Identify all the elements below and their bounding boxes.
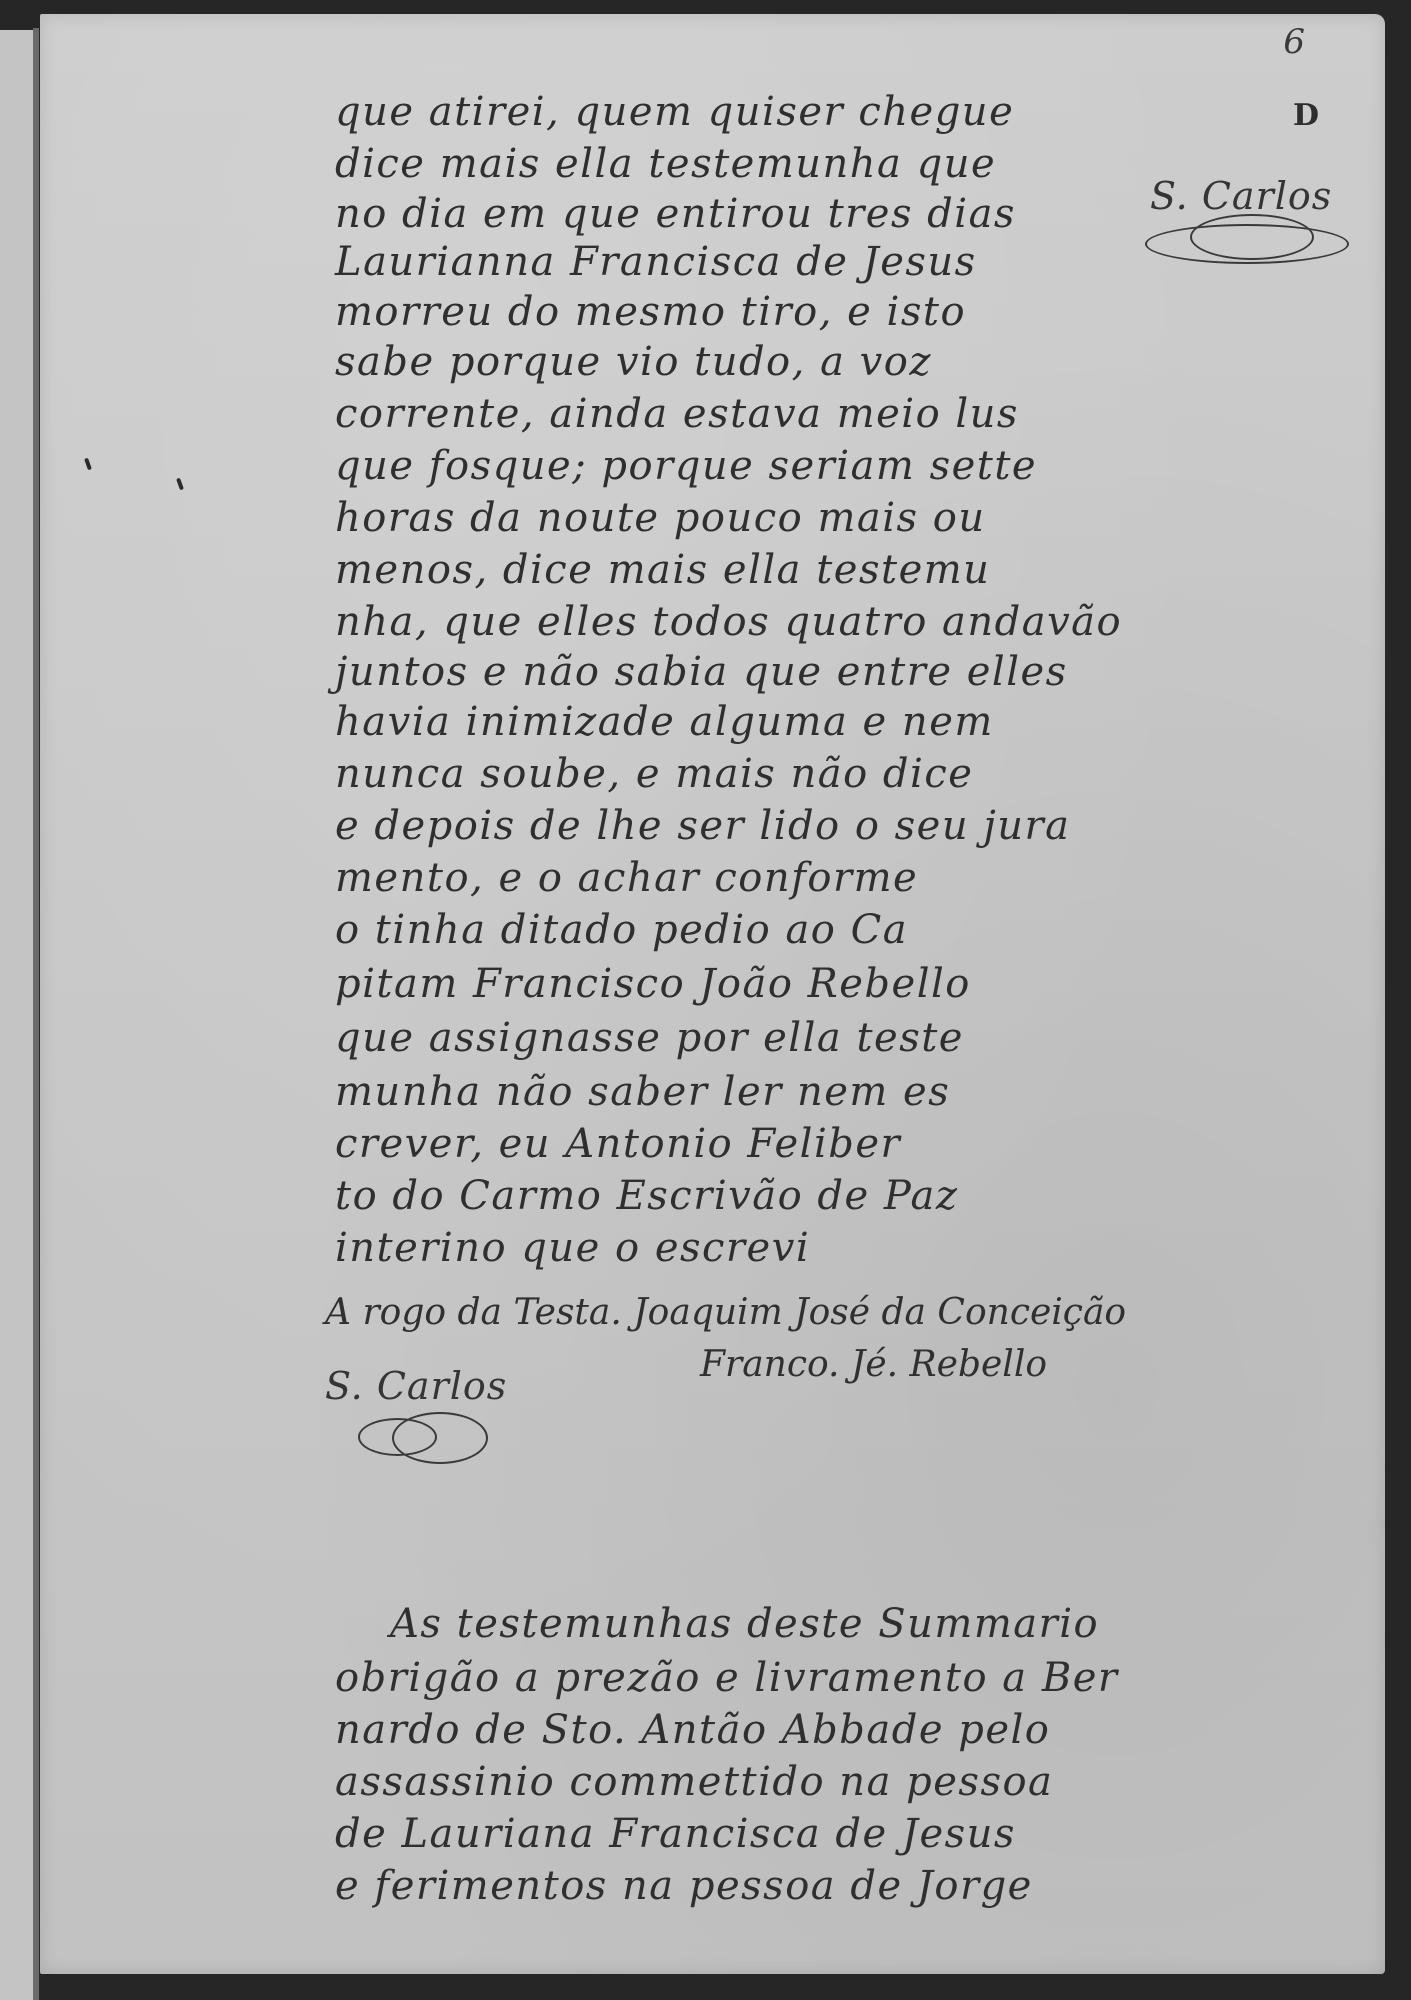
binding-gutter <box>33 28 39 2000</box>
closing-line: obrigão a prezão e livramento a Ber <box>335 1650 1205 1706</box>
body-line: horas da noute pouco mais ou <box>335 490 1205 546</box>
body-line: o tinha ditado pedio ao Ca <box>335 902 1205 958</box>
ink-speck <box>84 458 92 471</box>
body-line: interino que o escrevi <box>335 1220 1205 1276</box>
body-line: e depois de lhe ser lido o seu jura <box>335 798 1205 854</box>
closing-line: de Lauriana Francisca de Jesus <box>335 1806 1205 1862</box>
manuscript-page: 6 D S. Carlos que atirei, quem quiser ch… <box>40 14 1385 1974</box>
body-line: juntos e não sabia que entre elles <box>335 644 1205 700</box>
body-line: dice mais ella testemunha que <box>335 136 1205 192</box>
body-line: nunca soube, e mais não dice <box>335 746 1205 802</box>
body-line: nha, que elles todos quatro andavão <box>335 594 1205 650</box>
signature-flourish-icon <box>1190 214 1314 260</box>
folio-mark: D <box>1293 98 1319 133</box>
body-line: Laurianna Francisca de Jesus <box>335 234 1205 290</box>
body-line: to do Carmo Escrivão de Paz <box>335 1168 1205 1224</box>
closing-line: assassinio commettido na pessoa <box>335 1754 1205 1810</box>
body-line: mento, e o achar conforme <box>335 850 1205 906</box>
body-line: havia inimizade alguma e nem <box>335 694 1205 750</box>
ink-speck <box>176 478 184 491</box>
body-line: morreu do mesmo tiro, e isto <box>335 284 1205 340</box>
body-line: crever, eu Antonio Feliber <box>335 1116 1205 1172</box>
closing-line: e ferimentos na pessoa de Jorge <box>335 1858 1205 1914</box>
closing-line: As testemunhas deste Summario <box>390 1596 1260 1652</box>
folio-number: 6 <box>1283 22 1305 62</box>
body-line: munha não saber ler nem es <box>335 1064 1205 1120</box>
body-line: que assignasse por ella teste <box>335 1010 1205 1066</box>
signature-rebello: Franco. Jé. Rebello <box>700 1344 1047 1385</box>
signature-rogo: A rogo da Testa. Joaquim José da Conceiç… <box>325 1292 1126 1333</box>
manuscript-scan: 6 D S. Carlos que atirei, quem quiser ch… <box>0 0 1411 2000</box>
body-line: que atirei, quem quiser chegue <box>335 84 1205 140</box>
signature-flourish-icon <box>392 1412 488 1464</box>
margin-signature-bottom: S. Carlos <box>325 1364 507 1408</box>
closing-line: nardo de Sto. Antão Abbade pelo <box>335 1702 1205 1758</box>
body-line: corrente, ainda estava meio lus <box>335 386 1205 442</box>
body-line: sabe porque vio tudo, a voz <box>335 334 1205 390</box>
body-line: que fosque; porque seriam sette <box>335 438 1205 494</box>
body-line: pitam Francisco João Rebello <box>335 956 1205 1012</box>
body-line: menos, dice mais ella testemu <box>335 542 1205 598</box>
